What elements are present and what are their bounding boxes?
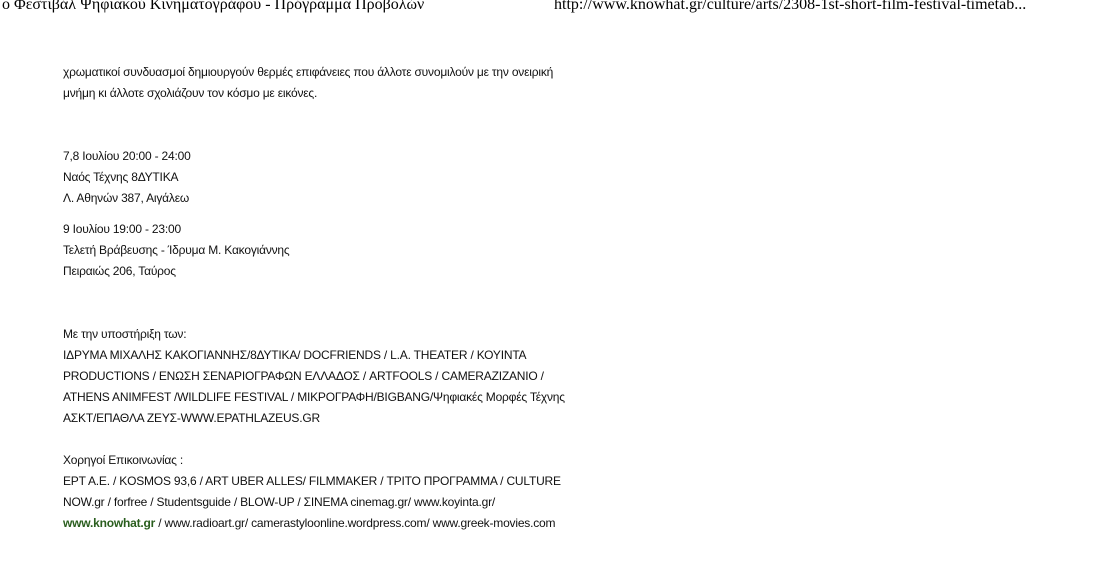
support-heading: Με την υποστήριξη των:: [63, 324, 673, 345]
support-section: Με την υποστήριξη των: ΙΔΡΥΜΑ ΜΙΧΑΛΗΣ ΚΑ…: [63, 324, 673, 429]
media-sponsors-heading: Χορηγοί Επικοινωνίας :: [63, 450, 673, 471]
support-line: PRODUCTIONS / ΕΝΩΣΗ ΣΕΝΑΡΙΟΓΡΑΦΩΝ ΕΛΛΑΔΟ…: [63, 366, 673, 387]
page-url: http://www.knowhat.gr/culture/arts/2308-…: [554, 0, 1026, 15]
event-venue: Ναός Τέχνης 8ΔΥΤΙΚΑ: [63, 167, 673, 188]
media-sponsors-line-rest: / www.radioart.gr/ camerastyloonline.wor…: [155, 516, 555, 530]
article-content: χρωματικοί συνδυασμοί δημιουργούν θερμές…: [63, 62, 673, 534]
intro-line: μνήμη κι άλλοτε σχολιάζουν τον κόσμο με …: [63, 83, 673, 104]
event-block: 9 Ιουλίου 19:00 - 23:00 Τελετή Βράβευσης…: [63, 219, 673, 282]
support-line: ATHENS ANIMFEST /WILDLIFE FESTIVAL / ΜΙΚ…: [63, 387, 673, 408]
page-title: ο Φεστιβάλ Ψηφιακού Κινηματογράφου - Πρό…: [2, 0, 424, 15]
media-sponsors-line: www.knowhat.gr / www.radioart.gr/ camera…: [63, 513, 673, 534]
event-block: 7,8 Ιουλίου 20:00 - 24:00 Ναός Τέχνης 8Δ…: [63, 146, 673, 209]
intro-line: χρωματικοί συνδυασμοί δημιουργούν θερμές…: [63, 62, 673, 83]
media-sponsors-line: NOW.gr / forfree / Studentsguide / BLOW-…: [63, 492, 673, 513]
media-sponsors-section: Χορηγοί Επικοινωνίας : ΕΡΤ Α.Ε. / KOSMOS…: [63, 450, 673, 534]
media-sponsors-line: ΕΡΤ Α.Ε. / KOSMOS 93,6 / ART UBER ALLES/…: [63, 471, 673, 492]
support-line: ΑΣΚΤ/ΕΠΑΘΛΑ ΖΕΥΣ-WWW.EPATHLAZEUS.GR: [63, 408, 673, 429]
event-address: Λ. Αθηνών 387, Αιγάλεω: [63, 188, 673, 209]
event-datetime: 7,8 Ιουλίου 20:00 - 24:00: [63, 146, 673, 167]
intro-paragraph: χρωματικοί συνδυασμοί δημιουργούν θερμές…: [63, 62, 673, 104]
knowhat-link[interactable]: www.knowhat.gr: [63, 516, 155, 530]
support-line: ΙΔΡΥΜΑ ΜΙΧΑΛΗΣ ΚΑΚΟΓΙΑΝΝΗΣ/8ΔΥΤΙΚΑ/ DOCF…: [63, 345, 673, 366]
print-header: ο Φεστιβάλ Ψηφιακού Κινηματογράφου - Πρό…: [0, 0, 1099, 17]
event-datetime: 9 Ιουλίου 19:00 - 23:00: [63, 219, 673, 240]
event-venue: Τελετή Βράβευσης - Ίδρυμα Μ. Κακογιάννης: [63, 240, 673, 261]
event-address: Πειραιώς 206, Ταύρος: [63, 261, 673, 282]
